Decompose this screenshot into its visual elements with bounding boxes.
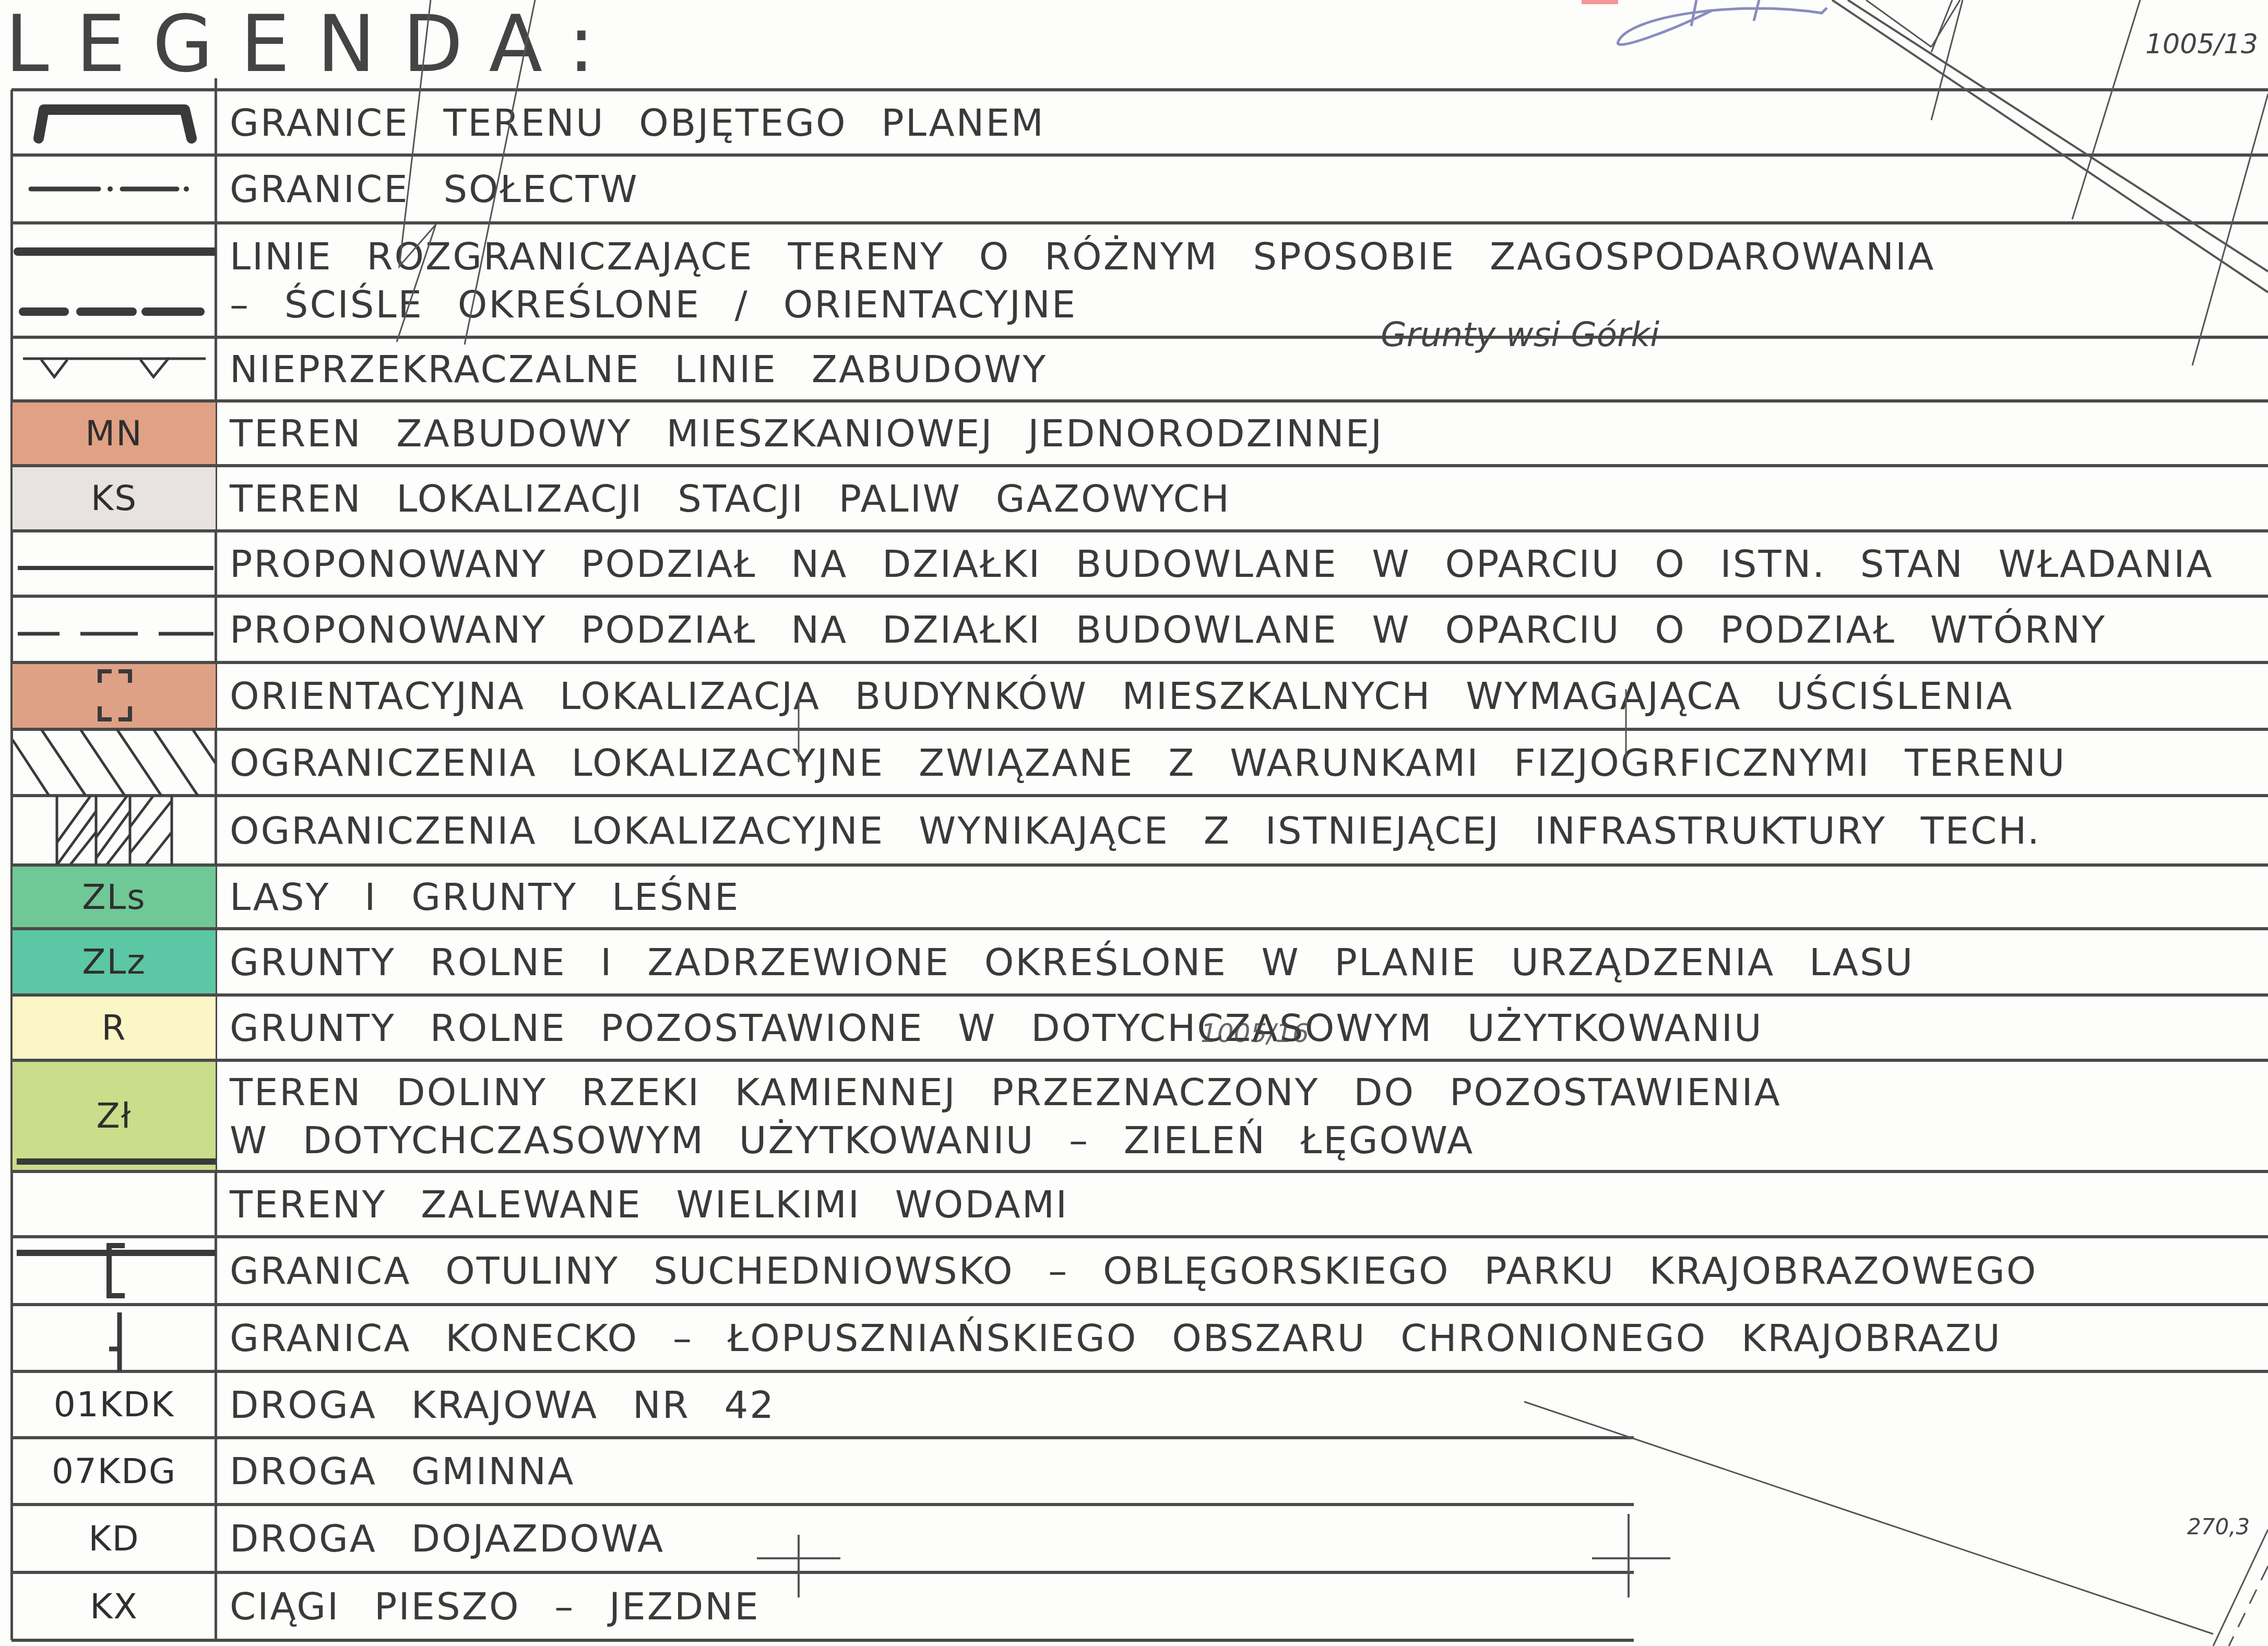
legend-description: CIĄGI PIESZO – JEZDNE	[230, 1572, 2260, 1640]
legend-description-line: GRANICA OTULINY SUCHEDNIOWSKO – OBLĘGORS…	[230, 1247, 2260, 1295]
legend-description-line: OGRANICZENIA LOKALIZACYJNE ZWIĄZANE Z WA…	[230, 739, 2260, 787]
legend-description-line: – ŚCIŚLE OKREŚLONE / ORIENTACYJNE	[230, 280, 2260, 328]
legend-row: 01KDKDROGA KRAJOWA NR 42	[0, 1371, 2268, 1438]
legend-description-line: TEREN ZABUDOWY MIESZKANIOWEJ JEDNORODZIN…	[230, 409, 2260, 457]
legend-row: GRANICE TERENU OBJĘTEGO PLANEM	[0, 90, 2268, 155]
legend-symbol-thin-solid-line	[13, 532, 216, 595]
legend-symbol-bracket-boundary	[13, 1238, 216, 1303]
legend-symbol-code-label: 01KDK	[13, 1373, 216, 1436]
legend-row: KDDROGA DOJAZDOWA	[0, 1505, 2268, 1572]
legend-symbol-solid-and-dashed-lines	[13, 224, 216, 336]
legend-row: ORIENTACYJNA LOKALIZACJA BUDYNKÓW MIESZK…	[0, 662, 2268, 729]
legend-description-line: GRANICE TERENU OBJĘTEGO PLANEM	[230, 99, 2260, 147]
elevation-label: 270,3	[2187, 1514, 2250, 1540]
legend-row: ZłTEREN DOLINY RZEKI KAMIENNEJ PRZEZNACZ…	[0, 1060, 2268, 1171]
legend-row: LINIE ROZGRANICZAJĄCE TERENY O RÓŻNYM SP…	[0, 223, 2268, 337]
legend-description: OGRANICZENIA LOKALIZACYJNE WYNIKAJĄCE Z …	[230, 796, 2260, 865]
legend-description-line: CIĄGI PIESZO – JEZDNE	[230, 1582, 2260, 1630]
legend-row: ZLzGRUNTY ROLNE I ZADRZEWIONE OKREŚLONE …	[0, 929, 2268, 995]
legend-description: PROPONOWANY PODZIAŁ NA DZIAŁKI BUDOWLANE…	[230, 531, 2260, 596]
legend-symbol-color-swatch: R	[13, 997, 216, 1059]
legend-symbol-color-swatch: ZLz	[13, 930, 216, 993]
legend-row: RGRUNTY ROLNE POZOSTAWIONE W DOTYCHCZASO…	[0, 995, 2268, 1060]
parcel-number-top-right: 1005/13	[2145, 29, 2258, 60]
legend-code: ZLs	[82, 877, 146, 917]
legend-description: NIEPRZEKRACZALNE LINIE ZABUDOWY	[230, 337, 2260, 401]
legend-symbol-tick-boundary	[13, 1306, 216, 1370]
legend-description-line: NIEPRZEKRACZALNE LINIE ZABUDOWY	[230, 345, 2260, 393]
legend-title: LEGENDA:	[5, 5, 622, 84]
legend-description-line: PROPONOWANY PODZIAŁ NA DZIAŁKI BUDOWLANE…	[230, 606, 2260, 654]
legend-code: Zł	[97, 1096, 132, 1136]
legend-symbol-code-label: 07KDG	[13, 1439, 216, 1503]
legend-symbol-color-swatch: KS	[13, 467, 216, 529]
legend-description-line: GRANICA KONECKO – ŁOPUSZNIAŃSKIEGO OBSZA…	[230, 1314, 2260, 1362]
legend-row: TERENY ZALEWANE WIELKIMI WODAMI	[0, 1171, 2268, 1237]
legend-row: OGRANICZENIA LOKALIZACYJNE WYNIKAJĄCE Z …	[0, 796, 2268, 865]
legend-row: NIEPRZEKRACZALNE LINIE ZABUDOWY	[0, 337, 2268, 401]
legend-description: TERENY ZALEWANE WIELKIMI WODAMI	[230, 1171, 2260, 1237]
legend-symbol-dash-dot-line	[13, 157, 216, 221]
legend-row: KXCIĄGI PIESZO – JEZDNE	[0, 1572, 2268, 1640]
legend-code: ZLz	[82, 942, 146, 982]
legend-code: MN	[85, 413, 143, 454]
legend-description: PROPONOWANY PODZIAŁ NA DZIAŁKI BUDOWLANE…	[230, 596, 2260, 662]
legend-code: 07KDG	[52, 1451, 176, 1491]
legend-symbol-color-swatch: ZLs	[13, 867, 216, 927]
village-lands-label: Grunty wsi Górki	[1381, 316, 1659, 354]
legend-description-line: LINIE ROZGRANICZAJĄCE TERENY O RÓŻNYM SP…	[230, 232, 2260, 280]
legend-symbol-thin-dashed-line	[13, 598, 216, 661]
legend-description-line: TEREN LOKALIZACJI STACJI PALIW GAZOWYCH	[230, 475, 2260, 523]
parcel-number-overlay: 1005/16	[1201, 1018, 1309, 1048]
legend-description-line: W DOTYCHCZASOWYM UŻYTKOWANIU – ZIELEŃ ŁĘ…	[230, 1116, 2260, 1164]
legend-description: DROGA DOJAZDOWA	[230, 1505, 2260, 1572]
legend-description: TEREN LOKALIZACJI STACJI PALIW GAZOWYCH	[230, 466, 2260, 531]
legend-row: GRANICA KONECKO – ŁOPUSZNIAŃSKIEGO OBSZA…	[0, 1305, 2268, 1371]
legend-code: R	[102, 1008, 127, 1048]
legend-code: KX	[90, 1586, 138, 1627]
legend-code: 01KDK	[54, 1384, 174, 1425]
legend-symbol-code-label: KX	[13, 1574, 216, 1639]
legend-description-line: OGRANICZENIA LOKALIZACYJNE WYNIKAJĄCE Z …	[230, 807, 2260, 855]
legend-description-line: TEREN DOLINY RZEKI KAMIENNEJ PRZEZNACZON…	[230, 1068, 2260, 1116]
legend-symbol-triangle-building-line	[13, 339, 216, 399]
legend-description-line: DROGA DOJAZDOWA	[230, 1514, 2260, 1562]
legend-symbol-thick-boundary-line	[13, 91, 216, 153]
legend-description: ORIENTACYJNA LOKALIZACJA BUDYNKÓW MIESZK…	[230, 662, 2260, 729]
legend-row: ZLsLASY I GRUNTY LEŚNE	[0, 865, 2268, 929]
legend-symbol-color-swatch: MN	[13, 402, 216, 464]
legend-description: DROGA KRAJOWA NR 42	[230, 1371, 2260, 1438]
legend-row: MNTEREN ZABUDOWY MIESZKANIOWEJ JEDNORODZ…	[0, 401, 2268, 466]
legend-description: GRUNTY ROLNE I ZADRZEWIONE OKREŚLONE W P…	[230, 929, 2260, 995]
legend-description: GRANICE SOŁECTW	[230, 155, 2260, 223]
legend-description-line: DROGA KRAJOWA NR 42	[230, 1381, 2260, 1429]
legend-description: LINIE ROZGRANICZAJĄCE TERENY O RÓŻNYM SP…	[230, 223, 2260, 337]
legend-description: DROGA GMINNA	[230, 1438, 2260, 1505]
legend-description: OGRANICZENIA LOKALIZACYJNE ZWIĄZANE Z WA…	[230, 729, 2260, 796]
legend-code: KS	[91, 478, 137, 518]
legend-description-line: GRUNTY ROLNE I ZADRZEWIONE OKREŚLONE W P…	[230, 938, 2260, 986]
legend-description-line: PROPONOWANY PODZIAŁ NA DZIAŁKI BUDOWLANE…	[230, 540, 2260, 588]
legend-description: GRANICA KONECKO – ŁOPUSZNIAŃSKIEGO OBSZA…	[230, 1305, 2260, 1371]
legend-description-line: LASY I GRUNTY LEŚNE	[230, 873, 2260, 921]
legend-description: LASY I GRUNTY LEŚNE	[230, 865, 2260, 929]
legend-description-line: TERENY ZALEWANE WIELKIMI WODAMI	[230, 1180, 2260, 1228]
legend-description: GRANICE TERENU OBJĘTEGO PLANEM	[230, 90, 2260, 155]
legend-symbol-dashed-bracket-swatch	[13, 664, 216, 728]
legend-description-line: GRANICE SOŁECTW	[230, 165, 2260, 213]
legend-row: OGRANICZENIA LOKALIZACYJNE ZWIĄZANE Z WA…	[0, 729, 2268, 796]
legend-symbol-code-label: KD	[13, 1506, 216, 1571]
legend-row: PROPONOWANY PODZIAŁ NA DZIAŁKI BUDOWLANE…	[0, 596, 2268, 662]
legend-row: PROPONOWANY PODZIAŁ NA DZIAŁKI BUDOWLANE…	[0, 531, 2268, 596]
legend-description: TEREN DOLINY RZEKI KAMIENNEJ PRZEZNACZON…	[230, 1060, 2260, 1171]
legend-description: TEREN ZABUDOWY MIESZKANIOWEJ JEDNORODZIN…	[230, 401, 2260, 466]
legend-description-line: DROGA GMINNA	[230, 1447, 2260, 1495]
legend-symbol-slash-hatch-boxes	[13, 797, 216, 863]
legend-symbol-double-bar-lines	[13, 1173, 216, 1235]
legend-description-line: ORIENTACYJNA LOKALIZACJA BUDYNKÓW MIESZK…	[230, 672, 2260, 720]
legend-row: 07KDGDROGA GMINNA	[0, 1438, 2268, 1505]
legend-row: GRANICA OTULINY SUCHEDNIOWSKO – OBLĘGORS…	[0, 1237, 2268, 1305]
legend-row: KSTEREN LOKALIZACJI STACJI PALIW GAZOWYC…	[0, 466, 2268, 531]
legend-symbol-backslash-hatch	[13, 731, 216, 794]
legend-description: GRANICA OTULINY SUCHEDNIOWSKO – OBLĘGORS…	[230, 1237, 2260, 1305]
legend-row: GRANICE SOŁECTW	[0, 155, 2268, 223]
legend-code: KD	[88, 1519, 139, 1559]
